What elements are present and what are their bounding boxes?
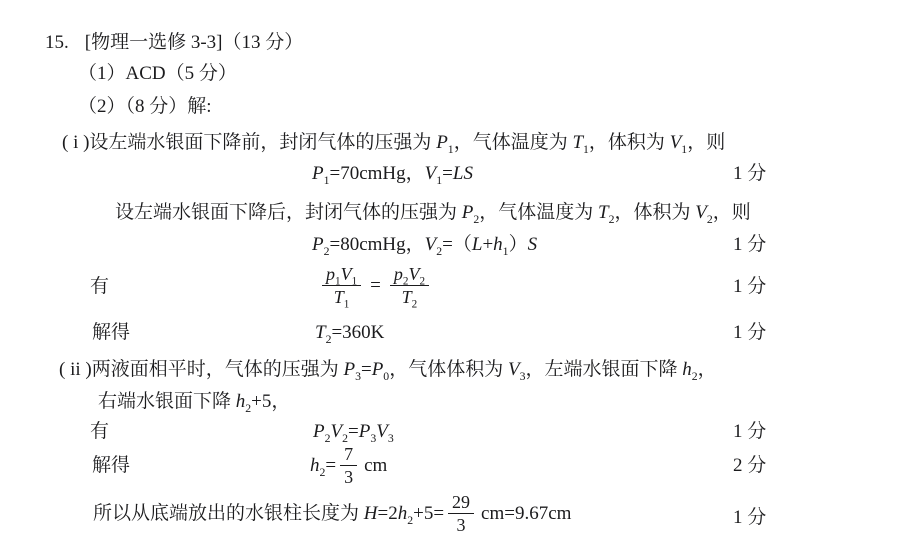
problem-title: [物理一选修 3-3]（13 分） bbox=[85, 32, 303, 53]
problem-number: 15. bbox=[45, 32, 69, 54]
equation-state2: P2=80cmHg，V2=（L+h1）S bbox=[312, 234, 537, 256]
score-mark: 1 分 bbox=[733, 507, 766, 529]
step-ii-intro2: 右端水银面下降 h2+5， bbox=[98, 391, 290, 413]
score-mark: 1 分 bbox=[733, 163, 766, 185]
answer-sheet-page: 15.[物理一选修 3-3]（13 分） （1）ACD（5 分） （2）（8 分… bbox=[0, 0, 917, 545]
equation-t2-result: T2=360K bbox=[315, 322, 384, 344]
step-ii-intro: ( ii )两液面相平时，气体的压强为 P3=P0，气体体积为 V3，左端水银面… bbox=[59, 359, 717, 381]
score-mark: 1 分 bbox=[733, 276, 766, 298]
score-mark: 1 分 bbox=[733, 421, 766, 443]
equation-h2-result: h2=73cm bbox=[310, 444, 387, 487]
score-mark: 1 分 bbox=[733, 234, 766, 256]
final-conclusion: 所以从底端放出的水银柱长度为 H=2h2+5=293cm=9.67cm bbox=[93, 492, 571, 535]
equation-boyle: P2V2=P3V3 bbox=[313, 421, 394, 443]
have-label: 有 bbox=[90, 276, 109, 298]
have-label: 有 bbox=[90, 421, 109, 443]
solve-label: 解得 bbox=[92, 455, 130, 477]
equation-combined-gas-law: p1V1T1=p2V2T2 bbox=[318, 264, 433, 307]
step-i-intro: ( i )设左端水银面下降前，封闭气体的压强为 P1，气体温度为 T1，体积为 … bbox=[62, 132, 725, 154]
problem-heading: 15.[物理一选修 3-3]（13 分） bbox=[45, 32, 303, 54]
equation-state1: P1=70cmHg，V1=LS bbox=[312, 163, 473, 185]
step-i-after-drop: 设左端水银面下降后，封闭气体的压强为 P2，气体温度为 T2，体积为 V2，则 bbox=[115, 202, 751, 224]
score-mark: 2 分 bbox=[733, 455, 766, 477]
solve-label: 解得 bbox=[92, 322, 130, 344]
score-mark: 1 分 bbox=[733, 322, 766, 344]
part2-heading: （2）（8 分）解: bbox=[78, 96, 212, 118]
part1-answer: （1）ACD（5 分） bbox=[78, 63, 237, 85]
